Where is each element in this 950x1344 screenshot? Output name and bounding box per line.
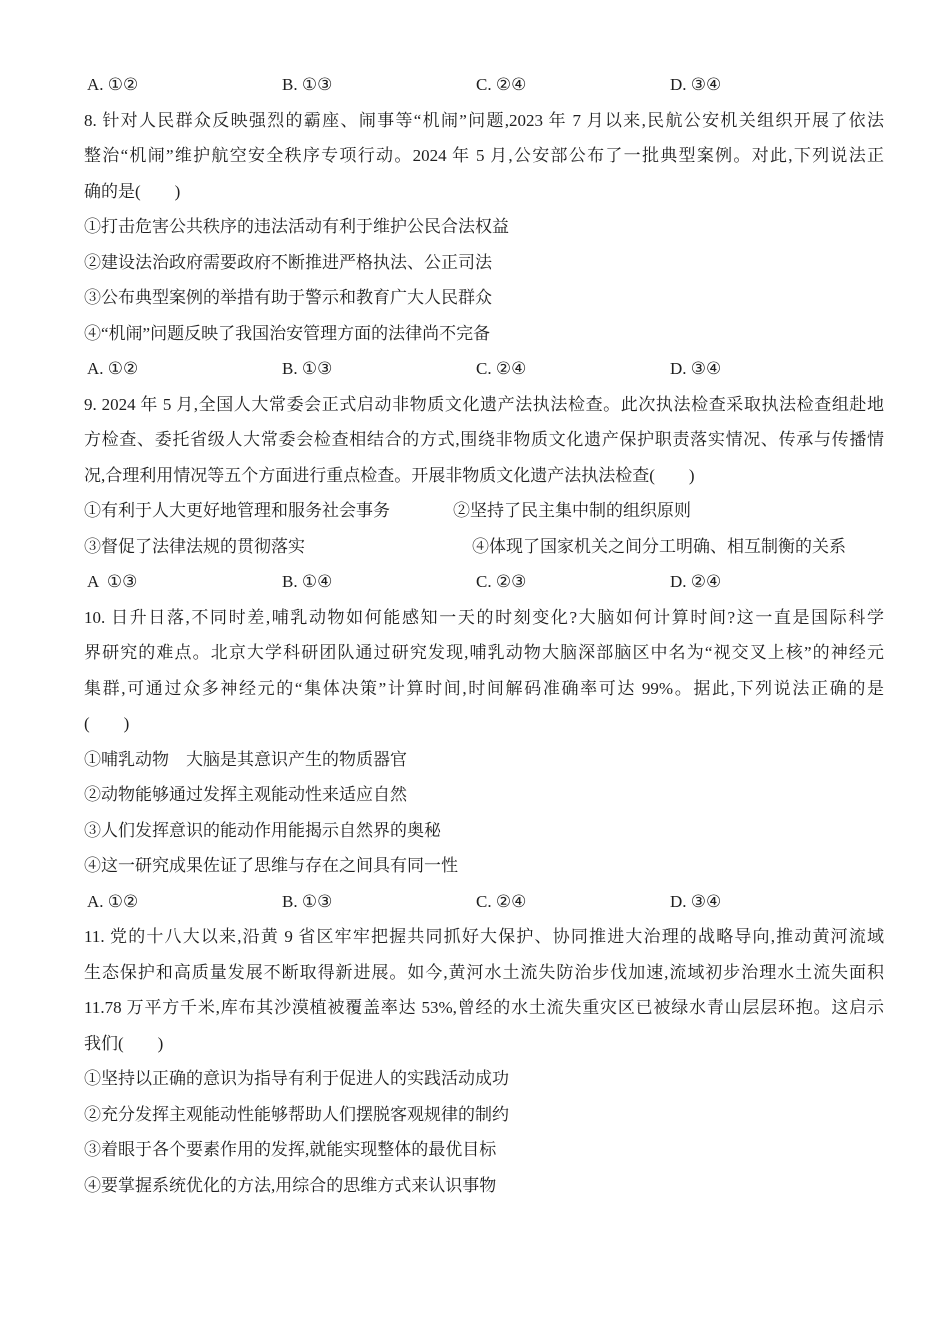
q9-statement-3: ③督促了法律法规的贯彻落实 [84,537,305,556]
q9-option-a: A ①③ [87,564,137,600]
q10-stem-line-4: ( ) [84,706,884,742]
q8-option-b: B. ①③ [282,351,332,387]
q11-statement-4: ④要掌握系统优化的方法,用综合的思维方式来认识事物 [84,1168,884,1204]
q9-statement-row-1: ①有利于人大更好地管理和服务社会事务 ②坚持了民主集中制的组织原则 [84,493,884,529]
q10-option-d: D. ③④ [670,884,721,920]
q7-option-d: D. ③④ [670,67,721,103]
q8-statement-4: ④“机闹”问题反映了我国治安管理方面的法律尚不完备 [84,316,884,352]
q10-stem-line-3: 集群,可通过众多神经元的“集体决策”计算时间,时间解码准确率可达 99%。据此,… [84,671,884,707]
q8-option-d: D. ③④ [670,351,721,387]
q11-statement-3: ③着眼于各个要素作用的发挥,就能实现整体的最优目标 [84,1132,884,1168]
q7-option-b: B. ①③ [282,67,332,103]
q8-statement-3: ③公布典型案例的举措有助于警示和教育广大人民群众 [84,280,884,316]
q10-option-a: A. ①② [87,884,138,920]
q11-statement-1: ①坚持以正确的意识为指导有利于促进人的实践活动成功 [84,1061,884,1097]
q10-option-b: B. ①③ [282,884,332,920]
exam-page: A. ①② B. ①③ C. ②④ D. ③④ 8. 针对人民群众反映强烈的霸座… [0,0,950,1344]
q10-stem-line-2: 界研究的难点。北京大学科研团队通过研究发现,哺乳动物大脑深部脑区中名为“视交叉上… [84,635,884,671]
q10-option-c: C. ②④ [476,884,526,920]
q9-stem-line-2: 方检查、委托省级人大常委会检查相结合的方式,围绕非物质文化遗产保护职责落实情况、… [84,422,884,458]
q9-option-d: D. ②④ [670,564,721,600]
q11-statement-2: ②充分发挥主观能动性能够帮助人们摆脱客观规律的制约 [84,1097,884,1133]
q11-stem-line-2: 生态保护和高质量发展不断取得新进展。如今,黄河水土流失防治步伐加速,流域初步治理… [84,955,884,991]
q8-statement-2: ②建设法治政府需要政府不断推进严格执法、公正司法 [84,245,884,281]
page-content: A. ①② B. ①③ C. ②④ D. ③④ 8. 针对人民群众反映强烈的霸座… [84,67,884,1203]
q9-stem-line-1: 9. 2024 年 5 月,全国人大常委会正式启动非物质文化遗产法执法检查。此次… [84,387,884,423]
q7-answer-row: A. ①② B. ①③ C. ②④ D. ③④ [84,67,884,103]
q11-stem-line-4: 我们( ) [84,1026,884,1062]
q7-option-c: C. ②④ [476,67,526,103]
q10-stem-line-1: 10. 日升日落,不同时差,哺乳动物如何能感知一天的时刻变化?大脑如何计算时间?… [84,600,884,636]
q7-option-a: A. ①② [87,67,138,103]
q10-statement-4: ④这一研究成果佐证了思维与存在之间具有同一性 [84,848,884,884]
q9-statement-1: ①有利于人大更好地管理和服务社会事务 [84,501,390,520]
q8-answer-row: A. ①② B. ①③ C. ②④ D. ③④ [84,351,884,387]
q10-answer-row: A. ①② B. ①③ C. ②④ D. ③④ [84,884,884,920]
q10-statement-1: ①哺乳动物 大脑是其意识产生的物质器官 [84,742,884,778]
q10-statement-3: ③人们发挥意识的能动作用能揭示自然界的奥秘 [84,813,884,849]
q8-statement-1: ①打击危害公共秩序的违法活动有利于维护公民合法权益 [84,209,884,245]
q8-option-a: A. ①② [87,351,138,387]
q11-stem-line-3: 11.78 万平方千米,库布其沙漠植被覆盖率达 53%,曾经的水土流失重灾区已被… [84,990,884,1026]
q10-statement-2: ②动物能够通过发挥主观能动性来适应自然 [84,777,884,813]
q8-option-c: C. ②④ [476,351,526,387]
q9-option-b: B. ①④ [282,564,332,600]
q9-stem-line-3: 况,合理利用情况等五个方面进行重点检查。开展非物质文化遗产法执法检查( ) [84,458,884,494]
q9-statement-2: ②坚持了民主集中制的组织原则 [453,493,691,529]
q11-stem-line-1: 11. 党的十八大以来,沿黄 9 省区牢牢把握共同抓好大保护、协同推进大治理的战… [84,919,884,955]
q9-option-c: C. ②③ [476,564,526,600]
q8-stem-line-1: 8. 针对人民群众反映强烈的霸座、闹事等“机闹”问题,2023 年 7 月以来,… [84,103,884,139]
q8-stem-line-2: 整治“机闹”维护航空安全秩序专项行动。2024 年 5 月,公安部公布了一批典型… [84,138,884,174]
q9-statement-row-2: ③督促了法律法规的贯彻落实 ④体现了国家机关之间分工明确、相互制衡的关系 [84,529,884,565]
q9-statement-4: ④体现了国家机关之间分工明确、相互制衡的关系 [472,529,846,565]
q8-stem-line-3: 确的是( ) [84,174,884,210]
q9-answer-row: A ①③ B. ①④ C. ②③ D. ②④ [84,564,884,600]
